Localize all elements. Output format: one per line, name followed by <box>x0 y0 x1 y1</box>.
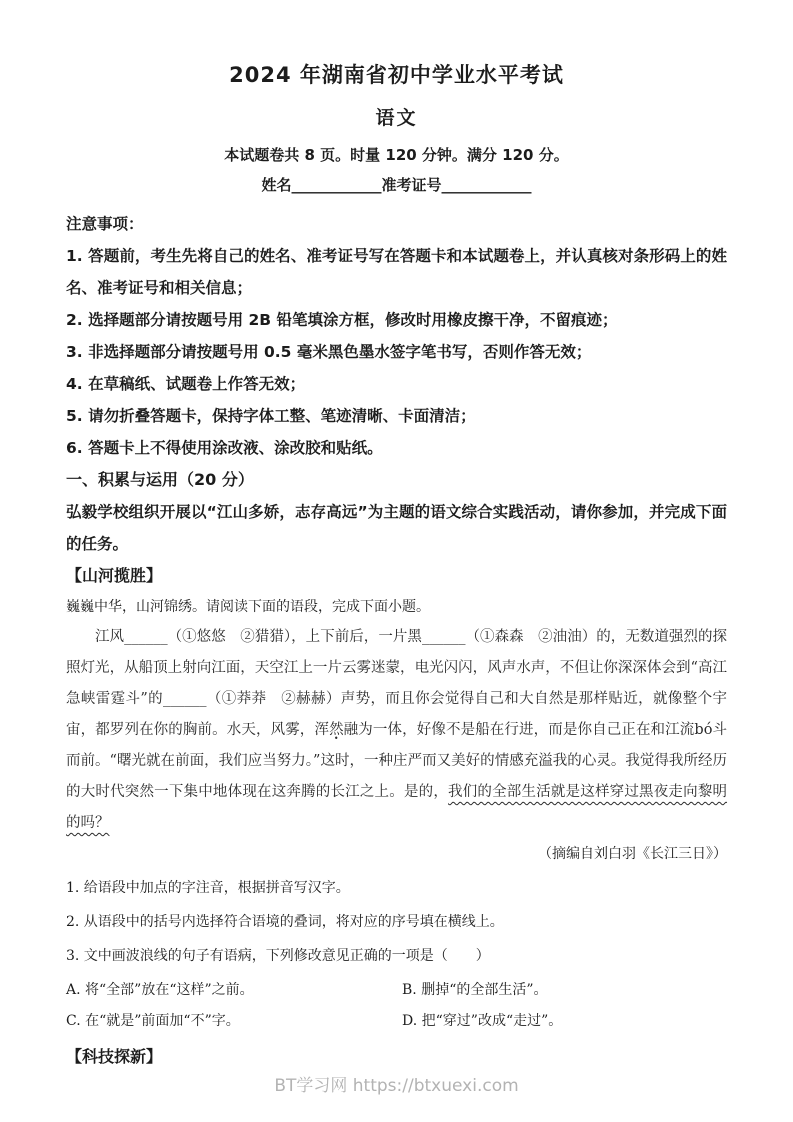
passage-seg-1: 江风 <box>95 629 124 645</box>
question-3: 3. 文中画波浪线的句子有语病，下列修改意见正确的一项是（ ） <box>66 941 727 971</box>
notice-item-2: 2. 选择题部分请按题号用 2B 铅笔填涂方框，修改时用橡皮擦干净，不留痕迹； <box>66 304 727 336</box>
section-one-intro: 弘毅学校组织开展以“江山多娇，志存高远”为主题的语文综合实践活动，请你参加，并完… <box>66 496 727 560</box>
fill-blank-2: ______ <box>422 629 466 645</box>
option-a: A. 将“全部”放在“这样”之前。 <box>66 975 402 1006</box>
option-b: B. 删掉“的全部生活”。 <box>402 975 727 1006</box>
notice-item-3: 3. 非选择题部分请按题号用 0.5 毫米黑色墨水签字笔书写，否则作答无效； <box>66 336 727 368</box>
name-label: 姓名 <box>261 176 291 194</box>
exam-paper-page: 2024 年湖南省初中学业水平考试 语文 本试题卷共 8 页。时量 120 分钟… <box>0 0 793 1122</box>
question-1: 1. 给语段中加点的字注音，根据拼音写汉字。 <box>66 873 727 903</box>
page-content: 2024 年湖南省初中学业水平考试 语文 本试题卷共 8 页。时量 120 分钟… <box>0 0 793 1073</box>
passage-seg-2: （①悠悠 ②猎猎），上下前后，一片黑 <box>168 629 422 645</box>
dotted-character: 浑 <box>314 722 329 738</box>
section-one-heading: 一、积累与运用（20 分） <box>66 464 727 496</box>
passage-paragraph: 江风______（①悠悠 ②猎猎），上下前后，一片黑______（①森森 ②油油… <box>66 622 727 839</box>
block-title-keji: 【科技探新】 <box>66 1041 727 1073</box>
question-2: 2. 从语段中的括号内选择符合语境的叠词，将对应的序号填在横线上。 <box>66 907 727 937</box>
option-c: C. 在“就是”前面加“不”字。 <box>66 1006 402 1037</box>
name-blank-line: ____________ <box>292 176 382 194</box>
admission-id-label: 准考证号 <box>382 176 442 194</box>
exam-info-line: 本试题卷共 8 页。时量 120 分钟。满分 120 分。 <box>66 142 727 168</box>
watermark-footer: BT学习网 https://btxuexi.com <box>0 1071 793 1096</box>
notice-heading: 注意事项： <box>66 208 727 240</box>
notice-section: 注意事项： 1. 答题前，考生先将自己的姓名、准考证号写在答题卡和本试题卷上，并… <box>66 208 727 464</box>
notice-item-4: 4. 在草稿纸、试题卷上作答无效； <box>66 368 727 400</box>
block-title-shanhe: 【山河揽胜】 <box>66 560 727 592</box>
name-id-line: 姓名____________准考证号____________ <box>66 172 727 198</box>
passage-seg-5: 然融为一体，好像不是船在行进，而是你自己正在和江流 <box>329 722 694 738</box>
pinyin-annotation: bó <box>694 722 712 738</box>
admission-id-blank-line: ____________ <box>442 176 532 194</box>
subject-title: 语文 <box>66 104 727 132</box>
notice-item-5: 5. 请勿折叠答题卡，保持字体工整、笔迹清晰、卡面清洁； <box>66 400 727 432</box>
passage-attribution: （摘编自刘白羽《长江三日》） <box>66 841 727 867</box>
notice-item-6: 6. 答题卡上不得使用涂改液、涂改胶和贴纸。 <box>66 432 727 464</box>
fill-blank-1: ______ <box>124 629 168 645</box>
fill-blank-3: ______ <box>163 691 207 707</box>
options-row-2: C. 在“就是”前面加“不”字。 D. 把“穿过”改成“走过”。 <box>66 1006 727 1037</box>
option-d: D. 把“穿过”改成“走过”。 <box>402 1006 727 1037</box>
exam-title: 2024 年湖南省初中学业水平考试 <box>66 60 727 90</box>
notice-item-1: 1. 答题前，考生先将自己的姓名、准考证号写在答题卡和本试题卷上，并认真核对条形… <box>66 240 727 304</box>
options-row-1: A. 将“全部”放在“这样”之前。 B. 删掉“的全部生活”。 <box>66 975 727 1006</box>
passage-lead: 巍巍中华，山河锦绣。请阅读下面的语段，完成下面小题。 <box>66 592 727 622</box>
